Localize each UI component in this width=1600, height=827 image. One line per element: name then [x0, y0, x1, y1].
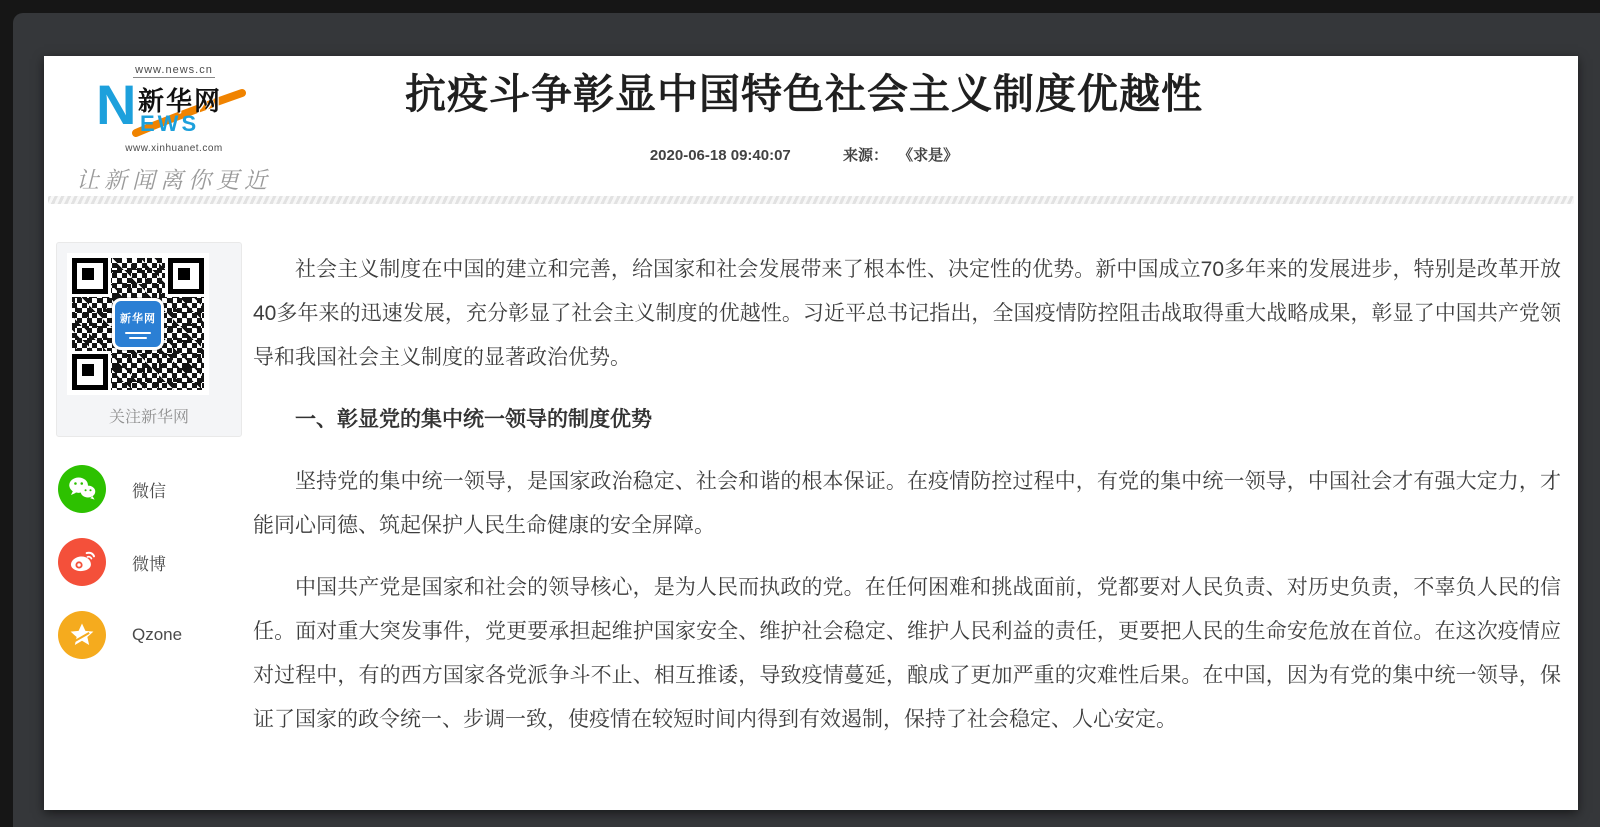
share-button-wechat[interactable]: 微信: [58, 465, 240, 513]
article-body: 社会主义制度在中国的建立和完善，给国家和社会发展带来了根本性、决定性的优势。新中…: [253, 248, 1561, 760]
source-label: 来源：: [843, 147, 888, 164]
browser-window-frame: www.news.cn N 新华网 EWS www.xinhuanet.com …: [13, 13, 1600, 827]
qzone-icon: [58, 611, 106, 659]
share-button-list: 微信 微博 Qzone: [56, 465, 240, 659]
logo-ews-text: EWS: [140, 111, 199, 137]
section-heading: 一、彰显党的集中统一领导的制度优势: [253, 398, 1561, 442]
article-page: www.news.cn N 新华网 EWS www.xinhuanet.com …: [44, 56, 1578, 810]
page-header: www.news.cn N 新华网 EWS www.xinhuanet.com …: [44, 56, 1578, 196]
source-value: 《求是》: [898, 147, 958, 164]
site-slogan: 让新闻离你更近: [74, 162, 274, 195]
share-button-qzone[interactable]: Qzone: [58, 611, 240, 659]
share-label: 微信: [132, 477, 166, 502]
qr-caption: 关注新华网: [67, 395, 231, 430]
title-block: 抗疫斗争彰显中国特色社会主义制度优越性 2020-06-18 09:40:07 …: [244, 56, 1364, 165]
hatched-divider: [48, 196, 1574, 204]
logo-letter-n: N: [96, 77, 136, 133]
qr-finder-icon: [72, 354, 108, 390]
site-url-top: www.news.cn: [133, 64, 215, 78]
share-button-weibo[interactable]: 微博: [58, 538, 240, 586]
share-label: Qzone: [132, 625, 182, 645]
article-paragraph: 社会主义制度在中国的建立和完善，给国家和社会发展带来了根本性、决定性的优势。新中…: [253, 248, 1561, 380]
share-label: 微博: [132, 550, 166, 575]
qr-center-label: 新华网: [115, 310, 161, 326]
content-area: 新华网 关注新华网 微信 微博 Qzone 社会主义制度在中国的建立和完善，给国…: [44, 242, 1578, 810]
qr-finder-icon: [72, 258, 108, 294]
article-meta: 2020-06-18 09:40:07 来源： 《求是》: [244, 144, 1364, 165]
article-paragraph: 坚持党的集中统一领导，是国家政治稳定、社会和谐的根本保证。在疫情防控过程中，有党…: [253, 460, 1561, 548]
qr-code: 新华网: [67, 253, 209, 395]
publish-timestamp: 2020-06-18 09:40:07: [650, 147, 791, 164]
qr-finder-icon: [168, 258, 204, 294]
screenshot-frame: www.news.cn N 新华网 EWS www.xinhuanet.com …: [0, 0, 1600, 827]
qr-card: 新华网 关注新华网: [56, 242, 242, 437]
left-sidebar: 新华网 关注新华网 微信 微博 Qzone: [56, 242, 240, 684]
article-title: 抗疫斗争彰显中国特色社会主义制度优越性: [244, 70, 1364, 118]
article-paragraph: 中国共产党是国家和社会的领导核心，是为人民而执政的党。在任何困难和挑战面前，党都…: [253, 566, 1561, 742]
weibo-icon: [58, 538, 106, 586]
wechat-icon: [58, 465, 106, 513]
qr-center-app-icon: 新华网: [112, 298, 164, 350]
